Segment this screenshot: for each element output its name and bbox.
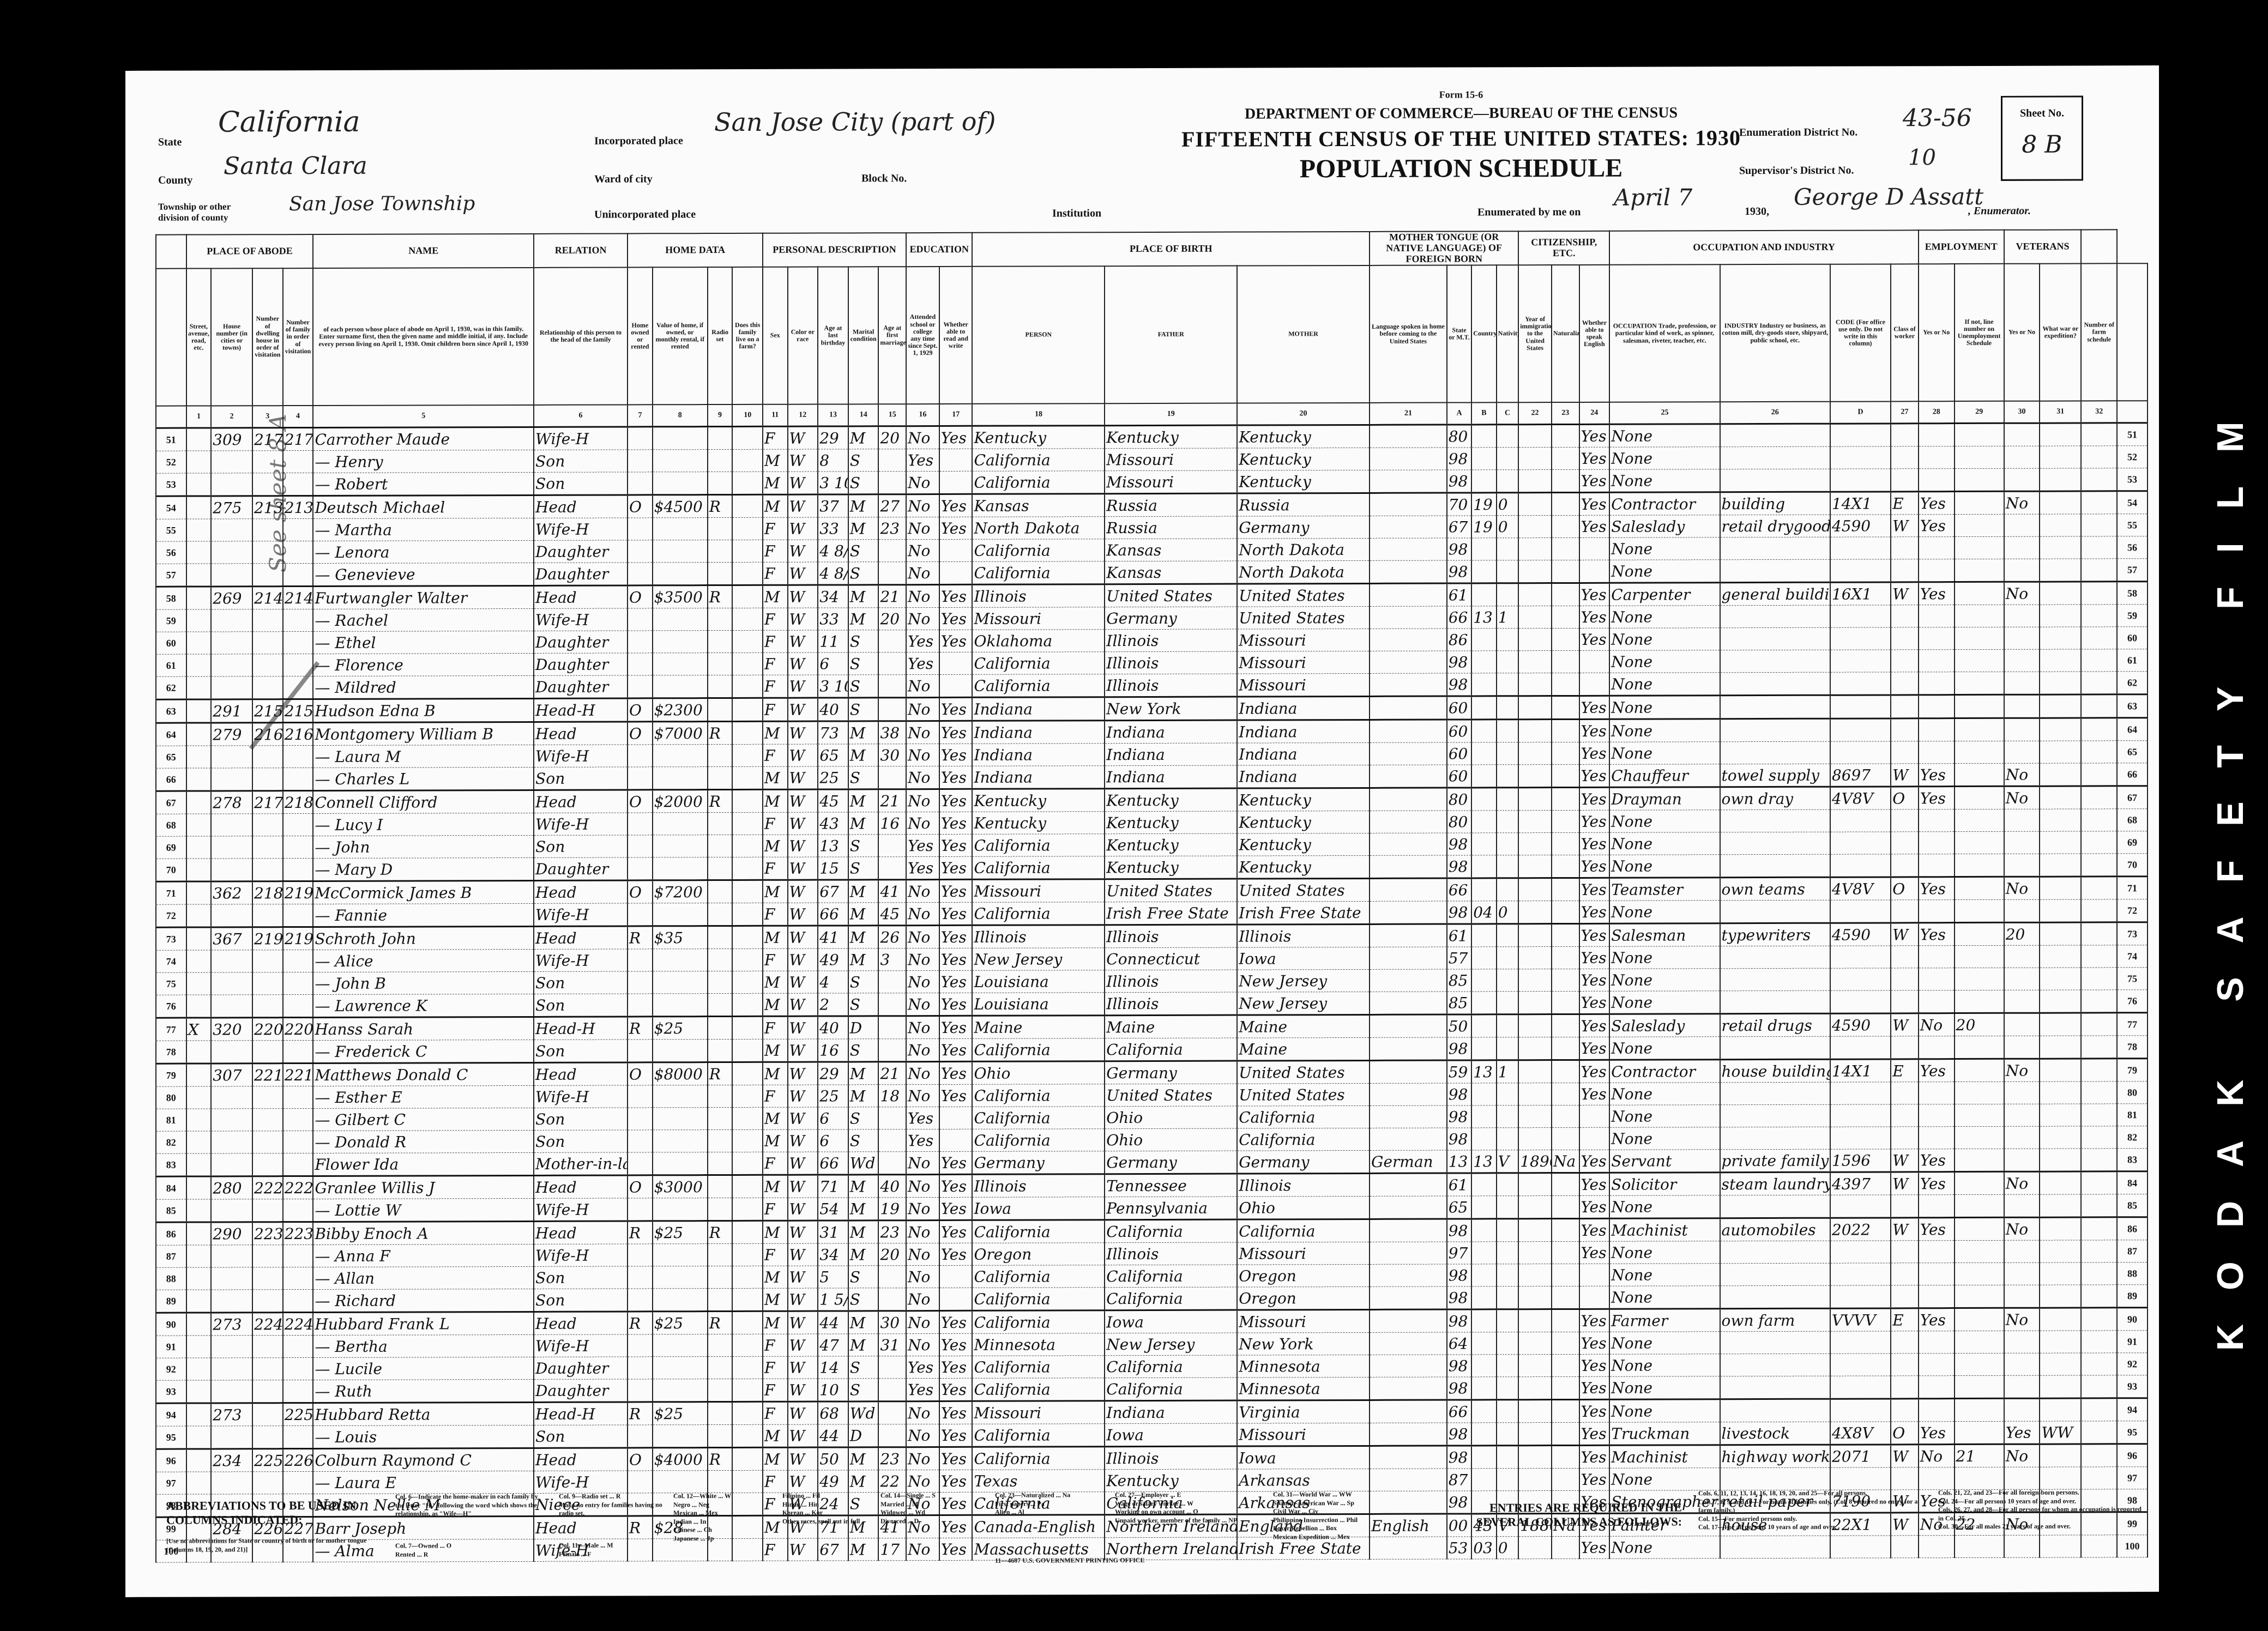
cell-mother: Kentucky [1237,811,1370,833]
cell-street [186,1380,212,1403]
cell-read: Yes [939,517,973,539]
cell-age-marr: 38 [878,721,906,744]
cell-race: W [788,1447,818,1470]
cell-tongue [1370,583,1447,606]
cell-read: Yes [939,1424,973,1447]
cell-father: Kentucky [1105,856,1237,879]
cell-relation: Head [534,1062,628,1085]
sub-birth-father: FATHER [1105,266,1237,404]
sub-family: Number of family in order of visitation [283,268,313,406]
cell-war [2040,899,2081,922]
cell-radio [708,971,733,993]
cell-farmsched [2081,1104,2117,1126]
cell-immig [1518,833,1552,855]
cell-english: Yes [1579,855,1610,878]
abbreviations-note: [Use no abbreviations for State or count… [166,1537,373,1554]
cell-industry: livestock [1720,1422,1830,1445]
cell-unemp [1955,1375,2004,1398]
cell-relation: Mother-in-law [534,1152,628,1175]
cell-radio [708,1107,733,1129]
cell-vet: No [2004,1059,2040,1082]
cell-marital: M [848,1198,879,1221]
sub-naturalization: Naturalization [1552,265,1579,402]
sheet-label: Sheet No. [2002,107,2082,119]
cell-name: Hanss Sarah [313,1017,534,1040]
block-label: Block No. [861,172,907,185]
cell-farmsched [2081,922,2117,945]
group-relation: RELATION [534,233,628,267]
column-number: 4 [283,406,313,428]
cell-house [211,1086,252,1109]
cell-unemp [1955,536,2004,559]
cell-natz [1552,1422,1579,1445]
cell-occupation: None [1609,1127,1720,1150]
cell-cb: 13 [1471,606,1497,629]
cell-race: W [788,426,818,449]
cell-birth: Kentucky [972,426,1105,449]
cell-marital: M [848,744,879,766]
cell-emp [1919,424,1955,446]
line-number-right: 90 [2117,1308,2148,1331]
cell-code [1830,968,1891,990]
cell-emp [1919,990,1955,1013]
cell-family [283,1289,313,1312]
cell-war [2040,945,2081,968]
cell-farmsched [2081,718,2117,741]
cell-value [653,994,708,1017]
cell-father: Illinois [1105,674,1237,697]
cell-relation: Wife-H [534,1334,628,1357]
cell-immig: 1890 [1518,1150,1552,1173]
cell-house [211,746,252,768]
cell-father: Iowa [1105,1310,1237,1333]
cell-cc [1497,720,1518,742]
cell-vet: No [2004,1171,2040,1194]
cell-radio [708,1198,733,1221]
cell-relation: Son [534,1108,628,1130]
cell-birth: New Jersey [972,948,1105,971]
cell-race: W [788,926,818,949]
sub-tenure: Home owned or rented [628,267,653,404]
cell-code [1830,1082,1891,1104]
cell-farm [732,1221,763,1243]
cell-street [186,564,212,587]
cell-street [186,1176,212,1199]
line-number-right: 75 [2117,968,2148,990]
cell-class: O [1891,1422,1919,1445]
cell-radio: R [708,585,733,608]
cell-emp: Yes [1919,492,1955,515]
cell-marital: S [848,449,879,472]
cell-natz [1552,515,1579,537]
cell-school: No [906,584,939,607]
cell-relation: Wife-H [534,427,628,450]
cell-birth: California [972,674,1105,698]
line-number-right: 93 [2117,1375,2148,1398]
cell-dwelling [252,632,283,654]
cell-emp [1919,1195,1955,1218]
cell-street [186,950,212,972]
cell-age: 47 [818,1334,848,1356]
cell-house: 275 [211,496,252,519]
cell-unemp [1955,741,2004,763]
cell-sex: F [763,1379,788,1402]
cell-cc [1497,947,1518,969]
cell-name: — Henry [313,450,534,473]
cell-race: W [788,517,818,540]
cell-class [1891,1082,1919,1104]
cell-relation: Head [534,1221,628,1244]
cell-natz [1552,1399,1579,1422]
cell-sex: M [763,494,788,517]
cell-dwelling [252,1358,283,1380]
cell-industry [1720,537,1830,560]
cell-farm [732,1062,763,1085]
cell-war [2040,854,2081,877]
cell-dwelling [252,746,283,768]
cell-age-marr [878,653,906,675]
cell-emp [1919,1399,1955,1422]
cell-school: Yes [906,630,939,652]
cell-relation: Head [534,585,628,608]
cell-race: W [788,949,818,971]
cell-farm [732,1402,763,1424]
cell-age-marr: 20 [878,426,906,449]
cell-value [653,563,708,585]
cell-english: Yes [1579,469,1610,492]
cell-race: W [788,1334,818,1356]
cell-radio [708,653,733,675]
cell-house: 291 [211,699,252,723]
line-number: 96 [156,1449,186,1472]
cell-cc [1497,1400,1518,1423]
cell-age-marr [878,1107,906,1129]
cell-industry: highway work [1720,1445,1830,1468]
cell-industry: automobiles [1720,1218,1830,1241]
cell-immig [1518,1242,1552,1264]
cell-code [1830,537,1891,559]
cell-cc [1497,788,1518,811]
cell-street [186,1086,212,1109]
population-table: PLACE OF ABODE NAME RELATION HOME DATA P… [155,229,2148,1563]
cell-cc [1497,1014,1518,1037]
cell-dwelling [252,451,283,473]
cell-radio [708,744,733,766]
cell-immig [1518,516,1552,538]
cell-english: Yes [1579,969,1610,991]
cell-natz [1552,1354,1579,1376]
cell-father: Ohio [1105,1106,1237,1129]
cell-age-marr: 18 [878,1085,906,1107]
cell-natz [1552,1445,1579,1468]
column-number: 32 [2081,401,2117,423]
cell-war: WW [2040,1421,2081,1444]
cell-unemp [1955,831,2004,854]
cell-industry [1720,1285,1830,1309]
cell-age: 29 [818,1062,848,1085]
cell-occupation: None [1609,832,1720,855]
cell-street [186,1199,212,1222]
cell-cc [1497,1083,1518,1106]
cell-farmsched [2081,741,2117,763]
cell-father: Tennessee [1105,1174,1237,1197]
cell-code: 4X8V [1830,1422,1891,1445]
cell-house [211,1267,252,1290]
cell-age-marr: 23 [878,1221,906,1243]
cell-natz [1552,1241,1579,1264]
cell-natz [1552,673,1579,696]
cell-war [2040,605,2081,627]
cell-tongue [1370,1377,1447,1400]
line-number-right: 57 [2117,559,2148,582]
cell-farmsched [2081,559,2117,582]
col7-note: Col. 7—Owned ... O Rented ... R [395,1542,542,1559]
cell-marital: S [848,1129,879,1152]
cell-tongue [1370,696,1447,720]
cell-natz [1552,764,1579,787]
cell-street [186,791,212,814]
cell-ca: 57 [1447,947,1472,969]
cell-cc [1497,1309,1518,1332]
cell-relation: Daughter [534,540,628,563]
enumerated-year: 1930, [1745,206,1769,218]
cell-tenure [628,971,653,994]
cell-relation: Head [534,790,628,813]
cell-tenure: R [628,1312,653,1334]
cell-family: 215 [283,699,313,722]
cell-read [939,471,973,494]
cell-age: 34 [818,1243,848,1266]
cell-ca: 67 [1447,516,1472,538]
cell-vet [2004,809,2040,831]
cell-birth: California [972,856,1105,880]
cell-house [211,519,252,541]
township-label: Township or other division of county [158,201,240,223]
cell-relation: Head-H [534,1017,628,1040]
cell-industry [1720,718,1830,742]
cell-name: Matthews Donald C [313,1062,534,1086]
cell-dwelling [252,519,283,541]
cell-house [211,814,252,836]
cell-school: No [906,539,939,561]
cell-vet [2004,1331,2040,1353]
line-number: 56 [156,541,186,564]
sub-code: CODE (For office use only. Do not write … [1830,264,1891,401]
cell-dwelling [252,1336,283,1358]
cell-school: No [906,1447,939,1470]
cell-family [283,813,313,836]
sub-age-marriage: Age at first marriage [878,267,906,404]
cell-code [1830,1195,1891,1218]
cell-father: Kentucky [1105,425,1237,449]
cell-immig [1518,765,1552,788]
cell-industry [1720,627,1830,650]
cell-tongue [1370,606,1447,629]
cell-street [186,927,212,950]
cell-marital: S [848,993,879,1016]
cell-farm [732,1198,763,1221]
cell-dwelling [252,814,283,836]
cell-tongue [1370,1060,1447,1083]
cell-mother: Indiana [1237,696,1370,720]
cell-english: Yes [1579,946,1610,969]
cell-race: W [788,1311,818,1334]
cell-street [186,496,212,519]
cell-unemp [1955,1353,2004,1375]
cell-age-marr [878,835,906,857]
col31-note: Col. 31—World War ... WW Spanish-America… [1273,1490,1437,1542]
cell-occupation: Teamster [1609,878,1720,901]
cell-cc [1497,673,1518,696]
cell-name: — Rachel [313,608,534,631]
line-number-right: 86 [2117,1217,2148,1240]
cell-cc [1497,1242,1518,1264]
cell-farmsched [2081,1444,2117,1467]
cell-family [283,1108,313,1131]
cell-marital: M [848,926,879,949]
cell-family: 218 [283,790,313,813]
cell-code [1830,718,1891,741]
line-number-right: 64 [2117,718,2148,741]
cell-class [1891,1285,1919,1308]
cell-family [283,1199,313,1222]
cell-farm [732,472,763,494]
cell-marital: S [848,1107,879,1129]
cell-immig [1518,1309,1552,1332]
cell-dwelling [252,1290,283,1313]
cell-value [653,653,708,675]
cell-occupation: None [1609,1195,1720,1219]
column-number: 25 [1609,402,1720,424]
cell-unemp [1955,423,2004,446]
cell-mother: United States [1237,1060,1370,1084]
cell-age: 41 [818,926,848,949]
cell-code: 14X1 [1830,1059,1891,1082]
cell-emp [1919,810,1955,832]
cell-dwelling [252,859,283,881]
cell-marital: M [848,1311,879,1334]
cell-family [283,1335,313,1357]
cell-father: New Jersey [1105,1333,1237,1356]
cell-war [2040,536,2081,559]
cell-street [186,995,212,1018]
sd-value: 10 [1908,145,1936,170]
cell-father: Iowa [1105,1423,1237,1447]
cell-cb [1471,1037,1497,1060]
line-number: 68 [156,814,186,836]
cell-birth: California [972,1310,1105,1334]
cell-age: 33 [818,517,848,540]
cell-industry: building [1720,492,1830,515]
cell-age: 34 [818,585,848,608]
cell-immig [1518,651,1552,673]
cell-school: No [906,1197,939,1220]
cell-unemp [1955,1262,2004,1285]
cell-marital: S [848,766,879,789]
cell-occupation: Truckman [1609,1422,1720,1446]
cell-english: Yes [1579,1354,1610,1376]
cell-code [1830,695,1891,718]
cell-age-marr: 3 [878,949,906,971]
cell-relation: Wife-H [534,518,628,540]
cell-occupation: Chauffeur [1609,764,1720,788]
cell-vet [2004,1285,2040,1308]
cell-war [2040,1331,2081,1353]
cell-farm [732,971,763,993]
cell-sex: F [763,630,788,653]
cell-mother: Missouri [1237,1242,1370,1265]
cell-school: Yes [906,856,939,879]
cell-code [1830,424,1891,446]
cell-mother: Russia [1237,493,1370,516]
cell-value [653,971,708,994]
cell-immig [1518,696,1552,720]
line-number-right: 82 [2117,1126,2148,1149]
cell-unemp [1955,945,2004,968]
cell-cb [1471,947,1497,969]
cell-tenure: O [628,1062,653,1085]
line-number: 73 [156,927,186,950]
cell-occupation: None [1609,673,1720,696]
cell-street [186,881,212,904]
cell-cc [1497,1264,1518,1286]
cell-sex: M [763,971,788,993]
cell-mother: North Dakota [1237,538,1370,561]
cell-radio [708,1129,733,1152]
cell-immig [1518,448,1552,470]
cell-english: Yes [1579,1422,1610,1445]
cell-school: No [906,948,939,970]
cell-cb [1471,992,1497,1014]
cell-age: 6 [818,1129,848,1152]
cell-english: Yes [1579,923,1610,946]
cell-ca: 85 [1447,992,1472,1014]
cell-tongue [1370,833,1447,855]
cell-english: Yes [1579,1195,1610,1218]
cell-birth: Missouri [972,1401,1105,1424]
cell-cb [1471,969,1497,992]
cell-marital: M [848,1062,879,1085]
cell-race: W [788,721,818,744]
cell-dwelling: 217 [252,428,283,451]
cell-mother: New York [1237,1332,1370,1355]
cell-code [1830,1127,1891,1149]
cell-marital: S [848,630,879,653]
cell-industry [1720,832,1830,855]
cell-name: — Richard [313,1289,534,1312]
cell-emp: Yes [1919,1149,1955,1172]
cell-family [283,972,313,994]
cell-name: Hubbard Frank L [313,1312,534,1335]
cell-marital: S [848,971,879,993]
cell-dwelling [252,836,283,859]
cell-cc [1497,765,1518,788]
cell-natz [1552,650,1579,673]
cell-value: $25 [653,1221,708,1244]
sub-birth-mother: MOTHER [1237,265,1370,403]
cell-war [2040,1171,2081,1194]
line-number-right: 58 [2117,582,2148,605]
cell-school: No [906,1333,939,1356]
cell-relation: Son [534,472,628,495]
line-number-right: 62 [2117,672,2148,694]
cell-race: W [788,630,818,653]
cell-race: W [788,1175,818,1198]
cell-cb [1471,1106,1497,1128]
cell-ca: 98 [1447,1083,1472,1106]
cell-ca: 98 [1447,1219,1472,1242]
cell-school: No [906,1424,939,1447]
